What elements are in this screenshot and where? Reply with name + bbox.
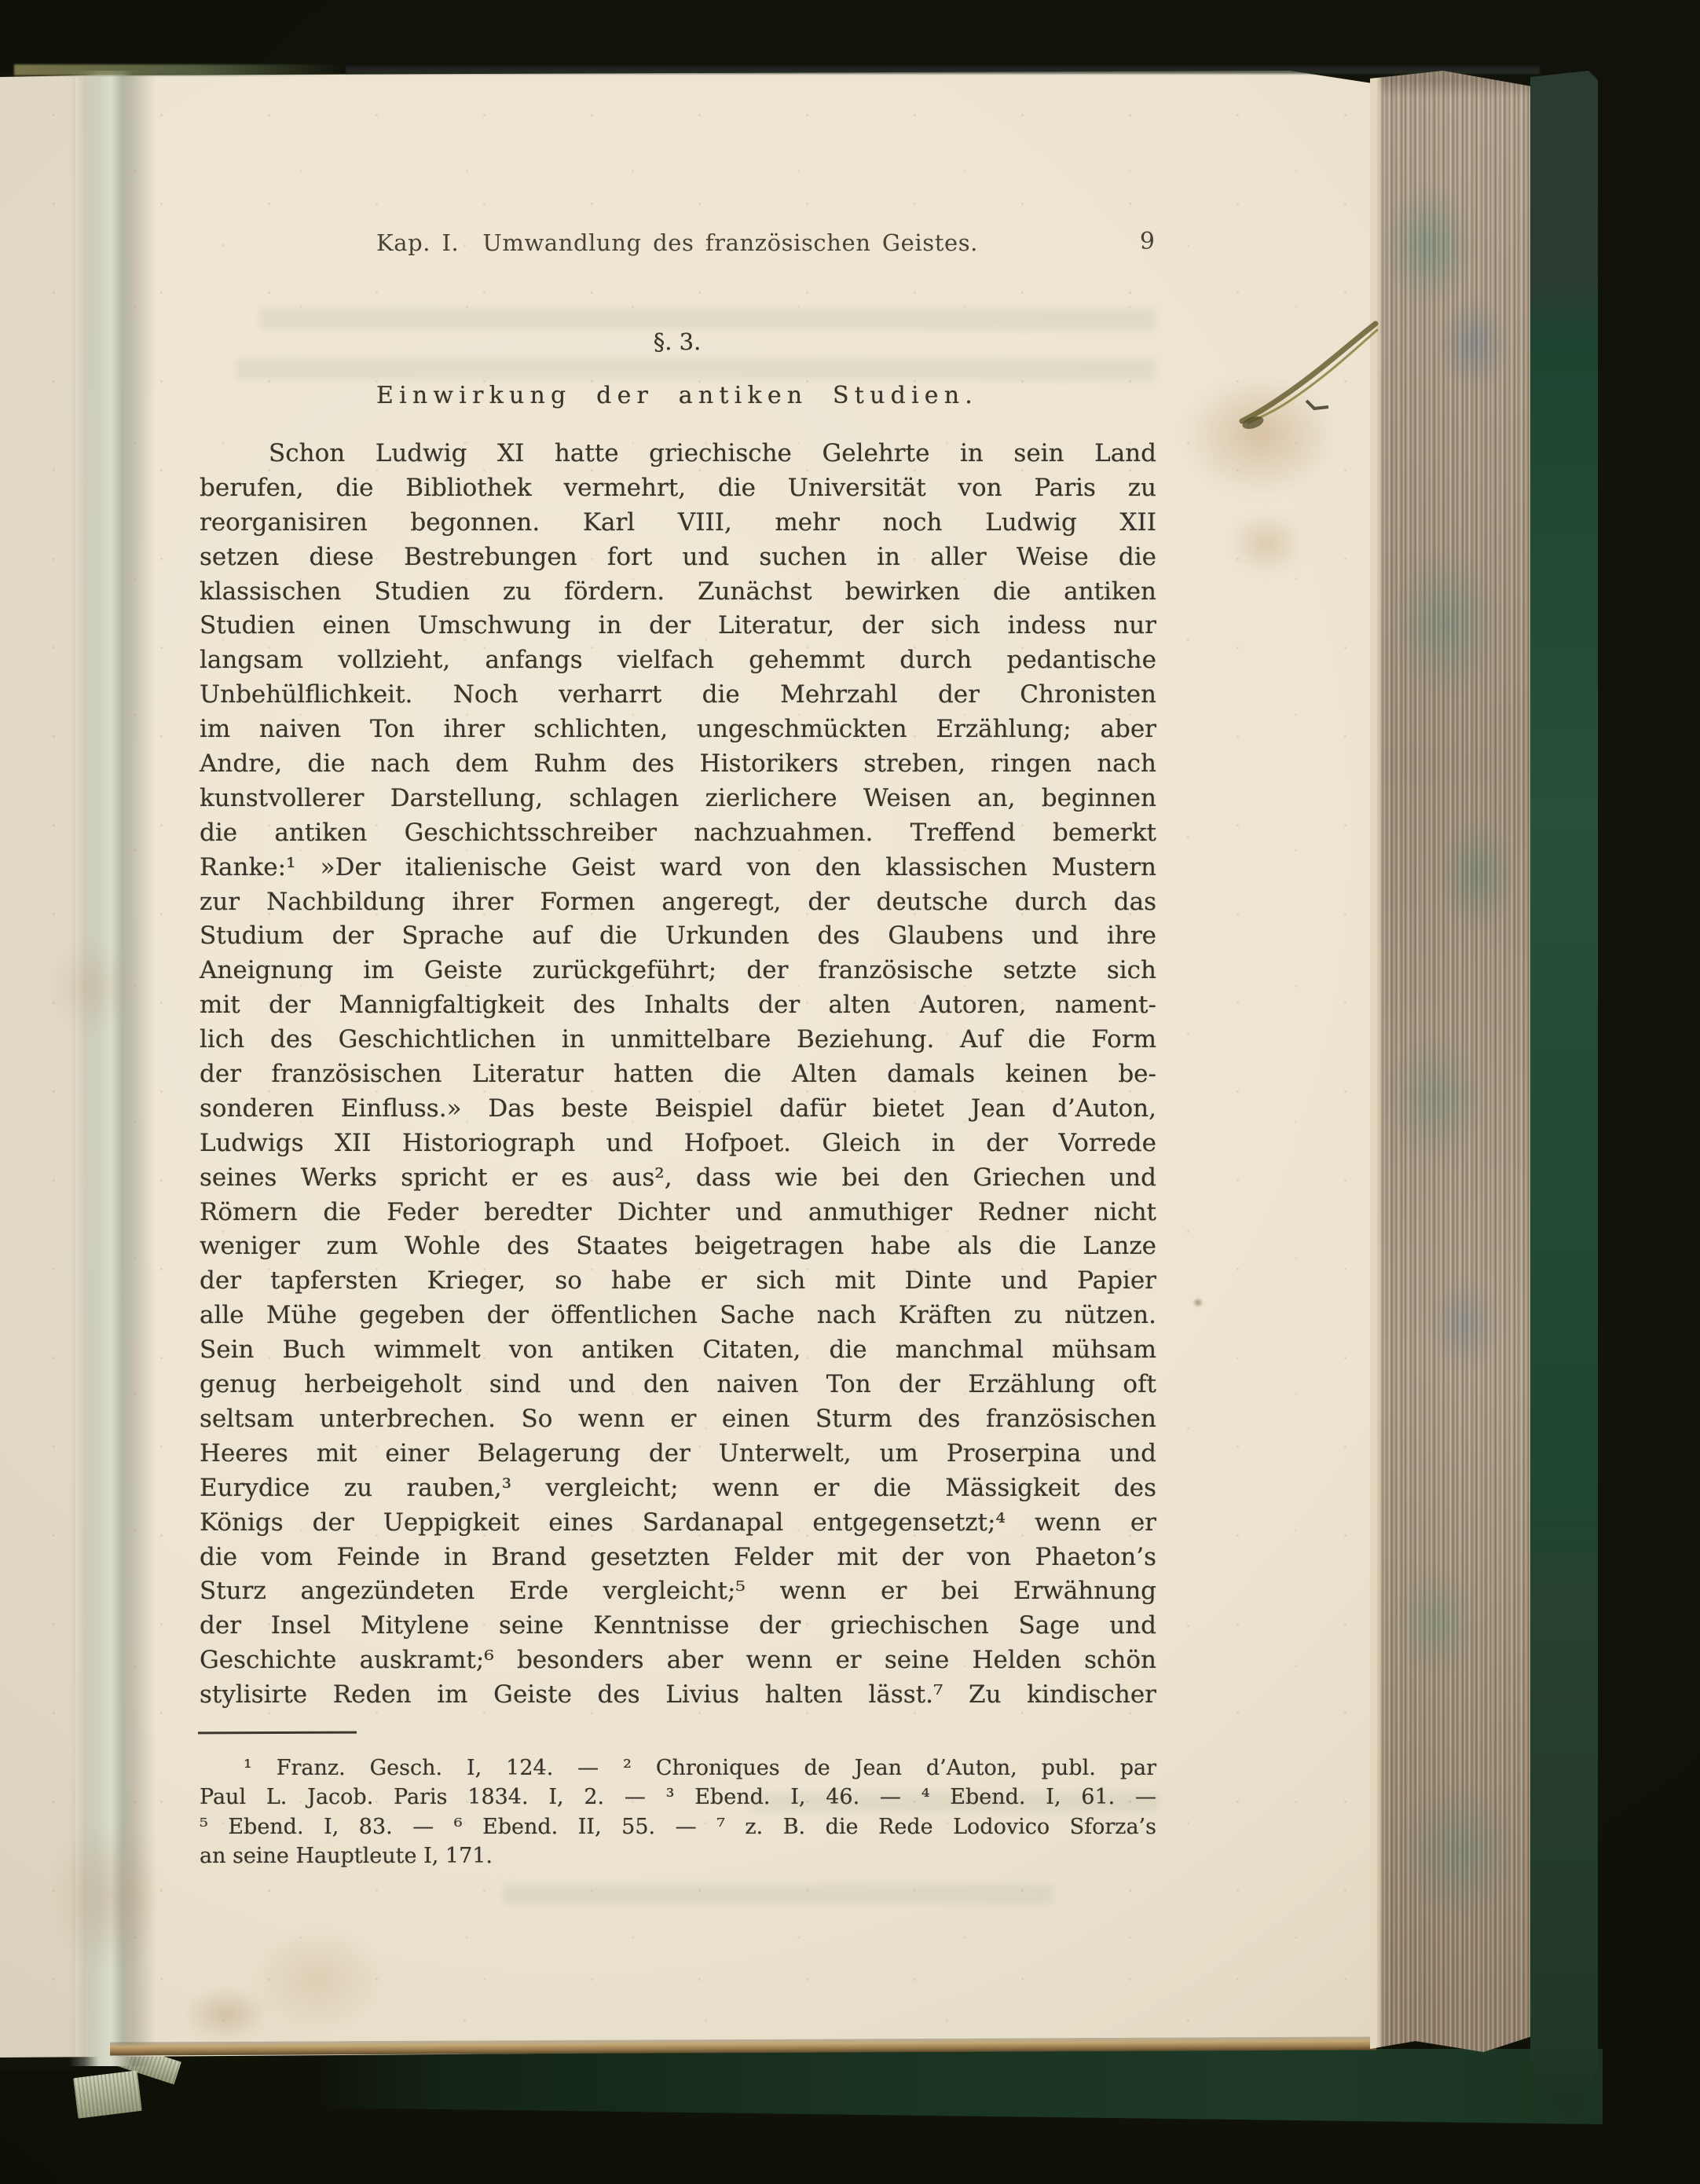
- body-line: sonderen Einfluss.» Das beste Beispiel d…: [200, 1092, 1156, 1127]
- body-line: Ranke:¹ »Der italienische Geist ward von…: [200, 851, 1156, 885]
- body-line: die antiken Geschichtsschreiber nachzuah…: [200, 816, 1156, 851]
- stain: [1214, 500, 1319, 588]
- body-line: seines Werks spricht er es aus², dass wi…: [200, 1161, 1156, 1196]
- body-line: kunstvollerer Darstellung, schlagen zier…: [200, 782, 1156, 816]
- footnote-line: an seine Hauptleute I, 171.: [200, 1841, 1156, 1871]
- showthrough-text: [259, 308, 1155, 330]
- body-line: Aneignung im Geiste zurückgeführt; der f…: [200, 954, 1156, 988]
- footnote-line: ¹ Franz. Gesch. I, 124. — ² Chroniques d…: [200, 1753, 1156, 1783]
- showthrough-text: [236, 358, 1155, 380]
- body-line: mit der Mannigfaltigkeit des Inhalts der…: [200, 988, 1156, 1023]
- body-line: alle Mühe gegeben der öffentlichen Sache…: [200, 1299, 1156, 1333]
- page-number: 9: [200, 228, 1155, 255]
- cover-top-line: [346, 66, 1540, 74]
- body-line: im naiven Ton ihrer schlichten, ungeschm…: [200, 713, 1156, 747]
- plant-fragment: [1222, 313, 1379, 454]
- body-line: Sturz angezündeten Erde vergleicht;⁵ wen…: [200, 1574, 1156, 1609]
- body-line: langsam vollzieht, anfangs vielfach gehe…: [200, 643, 1156, 678]
- section-heading: Einwirkung der antiken Studien.: [200, 382, 1155, 409]
- body-line: Sein Buch wimmelt von antiken Citaten, d…: [200, 1333, 1156, 1368]
- ink-fleck: [1191, 1296, 1205, 1309]
- body-line: Andre, die nach dem Ruhm des Historikers…: [200, 747, 1156, 782]
- body-text: Schon Ludwig XI hatte griechische Gelehr…: [200, 437, 1156, 1713]
- body-line: lich des Geschichtlichen in unmittelbare…: [200, 1023, 1156, 1057]
- body-line: der Insel Mitylene seine Kenntnisse der …: [200, 1609, 1156, 1643]
- footnote-line: Paul L. Jacob. Paris 1834. I, 2. — ³ Ebe…: [200, 1783, 1156, 1812]
- footnote-line: ⁵ Ebend. I, 83. — ⁶ Ebend. II, 55. — ⁷ z…: [200, 1812, 1156, 1841]
- body-line: Schon Ludwig XI hatte griechische Gelehr…: [200, 437, 1156, 471]
- cover-head-edge: [14, 64, 344, 75]
- marbling-pattern: [1370, 71, 1532, 2052]
- stain: [167, 1977, 286, 2052]
- fore-edge-pages: [1370, 71, 1532, 2052]
- body-line: die vom Feinde in Brand gesetzten Felder…: [200, 1541, 1156, 1575]
- body-line: setzen diese Bestrebungen fort und suche…: [200, 541, 1156, 575]
- cover-board: [1530, 71, 1598, 2125]
- body-line: seltsam unterbrechen. So wenn er einen S…: [200, 1402, 1156, 1437]
- ribbon-bookmark-frayed-end: [73, 2070, 142, 2119]
- body-line: Geschichte auskramt;⁶ besonders aber wen…: [200, 1643, 1156, 1678]
- body-line: der tapfersten Krieger, so habe er sich …: [200, 1264, 1156, 1299]
- stain: [28, 918, 148, 1056]
- body-line: Eurydice zu rauben,³ vergleicht; wenn er…: [200, 1471, 1156, 1506]
- body-line: reorganisiren begonnen. Karl VIII, mehr …: [200, 506, 1156, 541]
- body-line: weniger zum Wohle des Staates beigetrage…: [200, 1229, 1156, 1264]
- stain: [30, 1796, 184, 1997]
- body-line: berufen, die Bibliothek vermehrt, die Un…: [200, 471, 1156, 506]
- body-line: Römern die Feder beredter Dichter und an…: [200, 1196, 1156, 1230]
- body-line: Studien einen Umschwung in der Literatur…: [200, 609, 1156, 643]
- body-line: Unbehülflichkeit. Noch verharrt die Mehr…: [200, 678, 1156, 713]
- footnotes: ¹ Franz. Gesch. I, 124. — ² Chroniques d…: [200, 1753, 1156, 1871]
- body-line: Ludwigs XII Historiograph und Hofpoet. G…: [200, 1127, 1156, 1161]
- body-line: Königs der Ueppigkeit eines Sardanapal e…: [200, 1506, 1156, 1541]
- body-line: zur Nachbildung ihrer Formen angeregt, d…: [200, 885, 1156, 920]
- body-line: stylisirte Reden im Geiste des Livius ha…: [200, 1678, 1156, 1713]
- body-line: Studium der Sprache auf die Urkunden des…: [200, 919, 1156, 954]
- facing-page-edge: [0, 71, 75, 2070]
- showthrough-text: [503, 1884, 1053, 1904]
- body-line: der französischen Literatur hatten die A…: [200, 1057, 1156, 1092]
- section-mark: §. 3.: [200, 328, 1155, 355]
- body-line: genug herbeigeholt sind und den naiven T…: [200, 1368, 1156, 1402]
- body-line: klassischen Studien zu fördern. Zunächst…: [200, 575, 1156, 610]
- body-line: Heeres mit einer Belagerung der Unterwel…: [200, 1437, 1156, 1471]
- gutter-crease: [69, 71, 156, 2066]
